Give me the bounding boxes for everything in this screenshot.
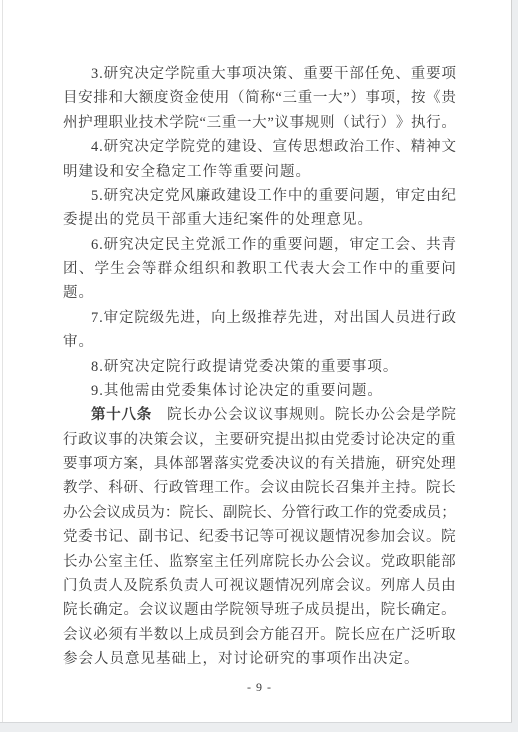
text-line: 院长确定。会议议题由学院领导班子成员提出，院长确定。: [63, 598, 456, 622]
text-line: 会议必须有半数以上成员到会方能召开。院长应在广泛听取: [63, 623, 456, 647]
text-line: 9.其他需由党委集体讨论决定的重要问题。: [63, 379, 456, 403]
text-line: 委提出的党员干部重大违纪案件的处理意见。: [63, 208, 456, 232]
page-left-edge: [2, 0, 3, 722]
text-line: 州护理职业技术学院“三重一大”议事规则（试行）》执行。: [63, 111, 456, 135]
text-line: 要事项方案，具体部署落实党委决议的有关措施，研究处理: [63, 452, 456, 476]
text-line: 审。: [63, 330, 456, 354]
text-line: 题。: [63, 281, 456, 305]
text-line: 长办公室主任、监察室主任列席院长办公会议。党政职能部: [63, 550, 456, 574]
text-line: 6.研究决定民主党派工作的重要问题，审定工会、共青: [63, 233, 456, 257]
text-line: 团、学生会等群众组织和教职工代表大会工作中的重要问: [63, 257, 456, 281]
text-line: 8.研究决定院行政提请党委决策的重要事项。: [63, 355, 456, 379]
text-line: 3.研究决定学院重大事项决策、重要干部任免、重要项: [63, 62, 456, 86]
text-line: 4.研究决定学院党的建设、宣传思想政治工作、精神文: [63, 135, 456, 159]
page-bottom-edge: [0, 722, 512, 723]
text-line: 第十八条 院长办公会议议事规则。院长办公会是学院: [63, 403, 456, 427]
text-line: 参会人员意见基础上，对讨论研究的事项作出决定。: [63, 647, 456, 671]
text-line: 5.研究决定党风廉政建设工作中的重要问题，审定由纪: [63, 184, 456, 208]
text-line: 行政议事的决策会议，主要研究提出拟由党委讨论决定的重: [63, 428, 456, 452]
page-number: - 9 -: [63, 677, 456, 697]
text-line: 7.审定院级先进，向上级推荐先进，对出国人员进行政: [63, 306, 456, 330]
text-line: 党委书记、副书记、纪委书记等可视议题情况参加会议。院: [63, 525, 456, 549]
document-page: 3.研究决定学院重大事项决策、重要干部任免、重要项目安排和大额度资金使用（简称“…: [0, 0, 512, 722]
document-body: 3.研究决定学院重大事项决策、重要干部任免、重要项目安排和大额度资金使用（简称“…: [63, 62, 456, 671]
text-line: 教学、科研、行政管理工作。会议由院长召集并主持。院长: [63, 476, 456, 500]
text-line: 明建设和安全稳定工作等重要问题。: [63, 160, 456, 184]
text-line: 办公会议成员为：院长、副院长、分管行政工作的党委成员；: [63, 501, 456, 525]
text-line: 门负责人及院系负责人可视议题情况列席会议。列席人员由: [63, 574, 456, 598]
text-line: 目安排和大额度资金使用（简称“三重一大”）事项，按《贵: [63, 86, 456, 110]
